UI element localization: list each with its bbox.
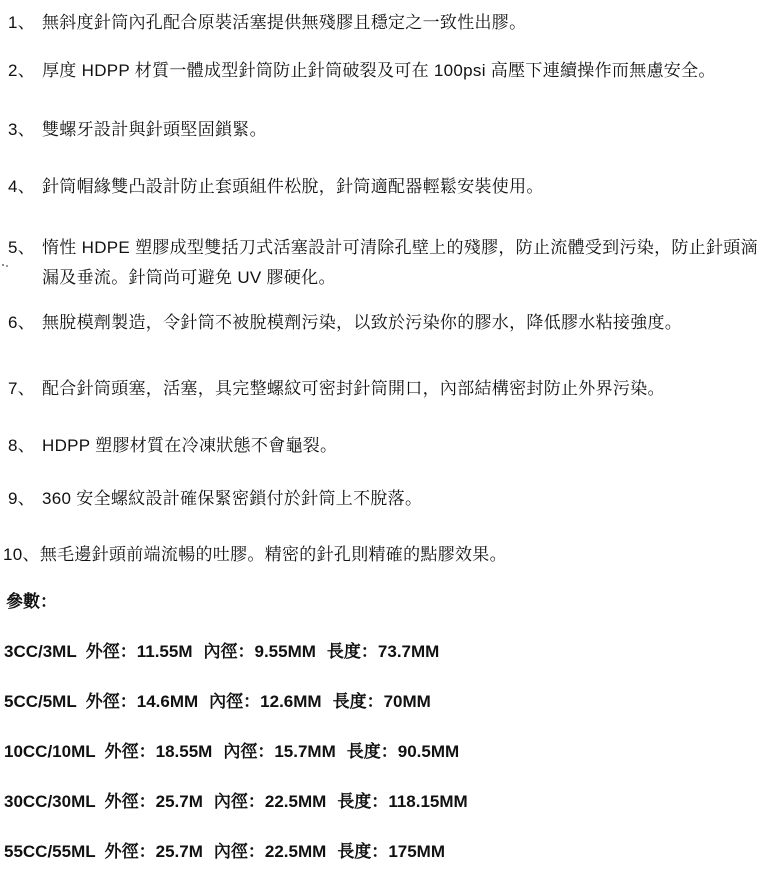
inner-diameter-label: 內徑：: [214, 787, 265, 817]
feature-list-item: 3、 雙螺牙設計與針頭堅固鎖緊。: [8, 115, 774, 145]
item-text: HDPP 塑膠材質在冷凍狀態不會龜裂。: [42, 431, 774, 461]
length-value: 73.7MM: [378, 637, 439, 667]
item-number: 10、: [3, 540, 40, 570]
item-number: 8、: [8, 431, 42, 461]
inner-diameter-value: 15.7MM: [274, 737, 335, 767]
item-number: 9、: [8, 484, 42, 514]
outer-diameter-value: 11.55M: [137, 637, 193, 667]
scan-artifact-dots: [2, 264, 4, 266]
item-number: 1、: [8, 8, 42, 38]
model-size: 10CC/10ML: [4, 737, 96, 767]
length-value: 70MM: [384, 687, 431, 717]
outer-diameter-label: 外徑：: [105, 837, 156, 867]
inner-diameter-label: 內徑：: [223, 737, 274, 767]
outer-diameter-value: 25.7M: [156, 837, 203, 867]
feature-list-item: 5、 惰性 HDPE 塑膠成型雙括刀式活塞設計可清除孔壁上的殘膠，防止流體受到污…: [8, 233, 774, 293]
length-value: 118.15MM: [388, 787, 467, 817]
inner-diameter-value: 9.55MM: [255, 637, 316, 667]
length-label: 長度：: [337, 787, 388, 817]
length-label: 長度：: [337, 837, 388, 867]
feature-list-item: 9、 360 安全螺紋設計確保緊密鎖付於針筒上不脫落。: [8, 484, 774, 514]
item-text: 無斜度針筒內孔配合原裝活塞提供無殘膠且穩定之一致性出膠。: [42, 8, 774, 38]
model-size: 30CC/30ML: [4, 787, 96, 817]
model-size: 5CC/5ML: [4, 687, 77, 717]
item-number: 6、: [8, 308, 42, 338]
model-size: 55CC/55ML: [4, 837, 96, 867]
inner-diameter-value: 22.5MM: [265, 787, 326, 817]
item-text: 無脫模劑製造，令針筒不被脫模劑污染，以致於污染你的膠水，降低膠水粘接強度。: [42, 308, 774, 338]
inner-diameter-value: 12.6MM: [260, 687, 321, 717]
outer-diameter-value: 14.6MM: [137, 687, 198, 717]
outer-diameter-label: 外徑：: [86, 637, 137, 667]
feature-list-item: 4、 針筒帽緣雙凸設計防止套頭組件松脫，針筒適配器輕鬆安裝使用。: [8, 172, 774, 202]
parameter-row: 55CC/55ML 外徑：25.7M 內徑：22.5MM 長度：175MM: [4, 837, 774, 867]
inner-diameter-label: 內徑：: [209, 687, 260, 717]
feature-list-item: 10、 無毛邊針頭前端流暢的吐膠。精密的針孔則精確的點膠效果。: [3, 540, 774, 570]
item-text: 惰性 HDPE 塑膠成型雙括刀式活塞設計可清除孔壁上的殘膠，防止流體受到污染，防…: [42, 233, 774, 293]
feature-list-item: 8、 HDPP 塑膠材質在冷凍狀態不會龜裂。: [8, 431, 774, 461]
feature-list-item: 7、 配合針筒頭塞，活塞，具完整螺紋可密封針筒開口，內部結構密封防止外界污染。: [8, 374, 774, 404]
item-number: 3、: [8, 115, 42, 145]
outer-diameter-value: 18.55M: [156, 737, 213, 767]
item-number: 4、: [8, 172, 42, 202]
item-text: 無毛邊針頭前端流暢的吐膠。精密的針孔則精確的點膠效果。: [40, 540, 774, 570]
feature-list-item: 6、 無脫模劑製造，令針筒不被脫模劑污染，以致於污染你的膠水，降低膠水粘接強度。: [8, 308, 774, 338]
length-label: 長度：: [333, 687, 384, 717]
inner-diameter-value: 22.5MM: [265, 837, 326, 867]
length-label: 長度：: [347, 737, 398, 767]
outer-diameter-label: 外徑：: [105, 787, 156, 817]
outer-diameter-value: 25.7M: [156, 787, 203, 817]
item-text: 針筒帽緣雙凸設計防止套頭組件松脫，針筒適配器輕鬆安裝使用。: [42, 172, 774, 202]
length-value: 175MM: [388, 837, 445, 867]
item-number: 7、: [8, 374, 42, 404]
item-number: 5、: [8, 233, 42, 263]
parameter-row: 10CC/10ML 外徑：18.55M 內徑：15.7MM 長度：90.5MM: [4, 737, 774, 767]
product-description-document: 1、 無斜度針筒內孔配合原裝活塞提供無殘膠且穩定之一致性出膠。 2、 厚度 HD…: [0, 0, 780, 867]
parameter-row: 30CC/30ML 外徑：25.7M 內徑：22.5MM 長度：118.15MM: [4, 787, 774, 817]
feature-list-item: 2、 厚度 HDPP 材質一體成型針筒防止針筒破裂及可在 100psi 高壓下連…: [8, 56, 774, 86]
parameter-row: 3CC/3ML 外徑：11.55M 內徑：9.55MM 長度：73.7MM: [4, 637, 774, 667]
item-text: 360 安全螺紋設計確保緊密鎖付於針筒上不脫落。: [42, 484, 774, 514]
parameters-heading: 參數：: [6, 587, 774, 617]
inner-diameter-label: 內徑：: [214, 837, 265, 867]
feature-list-item: 1、 無斜度針筒內孔配合原裝活塞提供無殘膠且穩定之一致性出膠。: [8, 8, 774, 38]
length-label: 長度：: [327, 637, 378, 667]
item-text: 雙螺牙設計與針頭堅固鎖緊。: [42, 115, 774, 145]
outer-diameter-label: 外徑：: [105, 737, 156, 767]
item-text: 厚度 HDPP 材質一體成型針筒防止針筒破裂及可在 100psi 高壓下連續操作…: [42, 56, 774, 86]
inner-diameter-label: 內徑：: [204, 637, 255, 667]
item-text: 配合針筒頭塞，活塞，具完整螺紋可密封針筒開口，內部結構密封防止外界污染。: [42, 374, 774, 404]
parameter-row: 5CC/5ML 外徑：14.6MM 內徑：12.6MM 長度：70MM: [4, 687, 774, 717]
outer-diameter-label: 外徑：: [86, 687, 137, 717]
item-number: 2、: [8, 56, 42, 86]
length-value: 90.5MM: [398, 737, 459, 767]
model-size: 3CC/3ML: [4, 637, 77, 667]
